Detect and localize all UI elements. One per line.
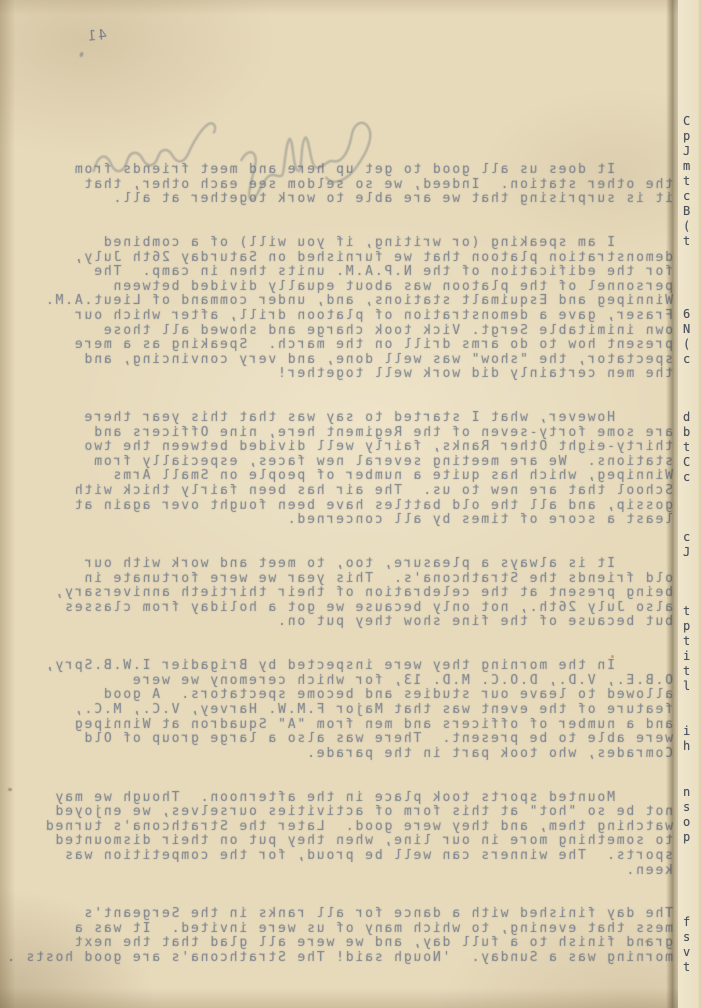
- typed-line: it is surprising that we are able to wor…: [32, 192, 673, 207]
- next-page-edge-char: i: [683, 724, 690, 738]
- next-page-edge-char: c: [683, 530, 690, 544]
- typed-line: [32, 776, 673, 791]
- typed-line: being present at the celebration of thei…: [32, 586, 673, 601]
- typed-line: feature of the event was that Major F.M.…: [32, 703, 673, 718]
- typed-line: and a number of officers and men from "A…: [32, 718, 673, 733]
- typed-line: I am speaking (or writing, if you will) …: [32, 236, 673, 251]
- next-page-edge-char: h: [683, 739, 690, 753]
- typed-line: thirty-eight Other Ranks, fairly well di…: [32, 440, 673, 455]
- typed-line: Fraser, gave a demonstration of platoon …: [32, 309, 673, 324]
- next-page-edge-char: c: [683, 470, 690, 484]
- next-page-edge-char: J: [683, 545, 690, 559]
- next-page-edge-char: N: [683, 322, 690, 336]
- page-number: 41: [85, 27, 107, 45]
- next-page-edge-char: (: [683, 337, 690, 351]
- typed-line: It is always a pleasure, too, to meet an…: [32, 557, 673, 572]
- typed-line: not be so "hot" at this form of activiti…: [32, 805, 673, 820]
- next-page-edge-char: B: [683, 204, 690, 218]
- typed-line: present how to do arms drill on the marc…: [32, 338, 673, 353]
- typed-line: The day finished with a dance for all ra…: [32, 907, 673, 922]
- typed-line: In the morning they were inspected by Br…: [32, 659, 673, 674]
- ink-tick-mark: [79, 52, 84, 58]
- typed-line: [32, 761, 673, 776]
- scanned-page: { "appearance": { "description": "Verso …: [0, 0, 701, 1008]
- next-page-edge-char: s: [683, 930, 690, 944]
- typed-line: [32, 207, 673, 222]
- next-page-edge-char: b: [683, 425, 690, 439]
- typed-line: but because of the fine show they put on…: [32, 615, 673, 630]
- next-page-edge-char: (: [683, 219, 690, 233]
- next-page-edge-char: d: [683, 410, 690, 424]
- typed-line: allowed to leave our studies and become …: [32, 688, 673, 703]
- next-page-edge-char: J: [683, 144, 690, 158]
- next-page-edge-char: v: [683, 945, 690, 959]
- next-page-edge-char: 6: [683, 307, 690, 321]
- typed-line: [32, 630, 673, 645]
- typed-line: sports. The winners can well be proud, f…: [32, 849, 673, 864]
- next-page-edge-char: t: [683, 604, 690, 618]
- typed-line: least a score of times by all concerned.: [32, 513, 673, 528]
- typed-line: [32, 528, 673, 543]
- next-page-edge-char: t: [683, 960, 690, 974]
- typed-line: [32, 221, 673, 236]
- paper-speck: [611, 655, 614, 658]
- next-page-edge-char: s: [683, 800, 690, 814]
- typed-line: School that are new to us. The air has b…: [32, 484, 673, 499]
- next-page-edge-char: i: [683, 649, 690, 663]
- typed-line: morning was a Sunday. 'Nough said! The S…: [32, 951, 673, 966]
- typed-line: Mounted sports took place in the afterno…: [32, 791, 673, 806]
- next-page-edge: CpJmtcB(t6N(cdbtCccJtptitlihnsopfsvt: [678, 0, 701, 1008]
- typed-line: [32, 397, 673, 412]
- paper-speck: [8, 788, 12, 791]
- typed-line: the men certainly did work well together…: [32, 367, 673, 382]
- next-page-edge-char: p: [683, 830, 690, 844]
- next-page-edge-char: t: [683, 174, 690, 188]
- page-edge-shadow: [666, 0, 678, 1008]
- paper-speck: [645, 940, 648, 943]
- next-page-edge-char: t: [683, 634, 690, 648]
- next-page-edge-char: C: [683, 114, 690, 128]
- typed-line: keen.: [32, 864, 673, 879]
- typed-line: for the edification of the N.P.A.M. unit…: [32, 265, 673, 280]
- next-page-edge-char: p: [683, 129, 690, 143]
- typed-line: demonstration platoon that we furnished …: [32, 251, 673, 266]
- next-page-edge-char: o: [683, 815, 690, 829]
- typed-line: were able to be present. There was also …: [32, 732, 673, 747]
- next-page-edge-char: C: [683, 455, 690, 469]
- next-page-edge-char: c: [683, 352, 690, 366]
- typed-line: own inimitable Sergt. Vick took charge a…: [32, 324, 673, 339]
- typed-line: [32, 645, 673, 660]
- next-page-edge-char: t: [683, 440, 690, 454]
- typed-line: [32, 542, 673, 557]
- typed-line: It does us all good to get up here and m…: [32, 163, 673, 178]
- typed-line: grand finish to a full day, and we were …: [32, 936, 673, 951]
- typed-line: the other station. Indeed, we so seldom …: [32, 178, 673, 193]
- typed-line: However, what I started to say was that …: [32, 411, 673, 426]
- typed-line: Winnipeg and Esquimalt stations, and, un…: [32, 294, 673, 309]
- next-page-edge-char: t: [683, 664, 690, 678]
- typed-line: Winnipeg, which has quite a number of pe…: [32, 469, 673, 484]
- typed-line: [32, 878, 673, 893]
- typed-text-block: It does us all good to get up here and m…: [32, 163, 673, 966]
- next-page-edge-char: n: [683, 785, 690, 799]
- next-page-edge-char: l: [683, 679, 690, 693]
- next-page-edge-char: t: [683, 234, 690, 248]
- next-page-edge-char: c: [683, 189, 690, 203]
- typed-line: to something more in our line, when they…: [32, 834, 673, 849]
- typed-line: Comrades, who took part in the parade.: [32, 747, 673, 762]
- next-page-edge-char: f: [683, 915, 690, 929]
- typed-line: [32, 382, 673, 397]
- next-page-edge-char: p: [683, 619, 690, 633]
- next-page-edge-char: m: [683, 159, 690, 173]
